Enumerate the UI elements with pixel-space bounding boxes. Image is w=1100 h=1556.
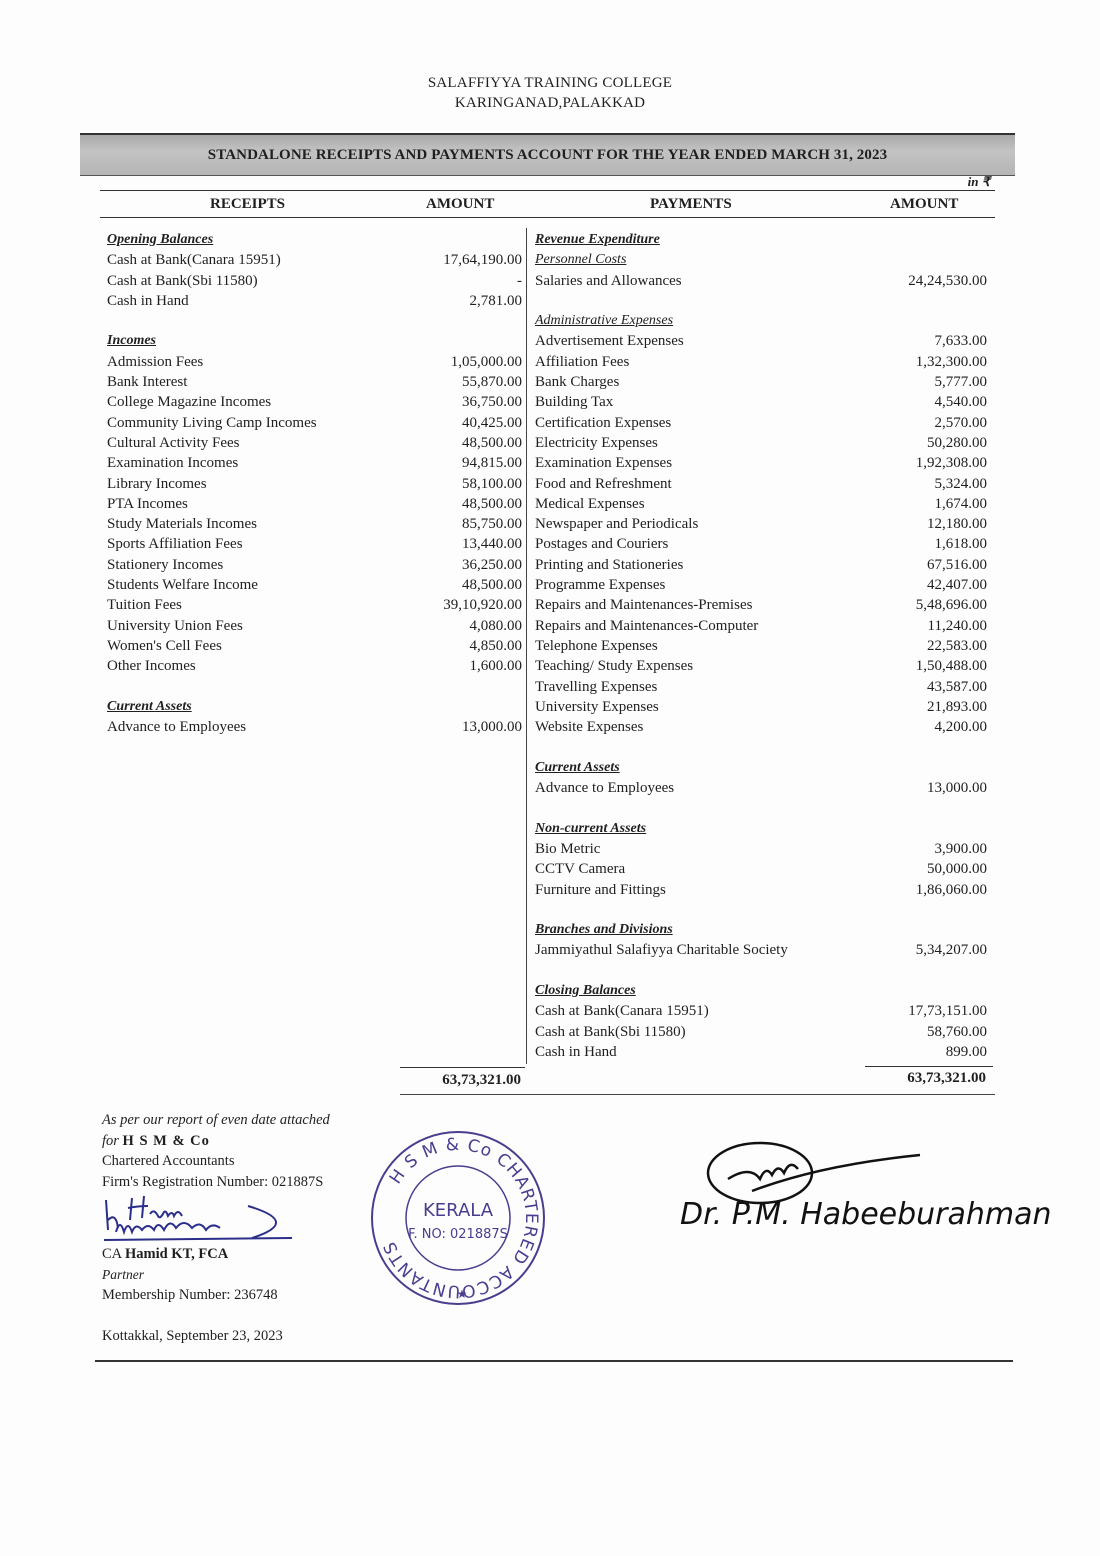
firm-name: H S M & Co (123, 1133, 210, 1149)
line-item: Website Expenses4,200.00 (535, 717, 987, 737)
item-label: Admission Fees (107, 352, 203, 372)
item-amount: 55,870.00 (462, 372, 522, 392)
item-amount: 17,64,190.00 (443, 250, 522, 270)
firm-registration: Firm's Registration Number: 021887S (102, 1172, 402, 1193)
line-item: Electricity Expenses50,280.00 (535, 433, 987, 453)
item-label: Cash in Hand (535, 1042, 617, 1062)
item-label: Furniture and Fittings (535, 880, 666, 900)
line-item: Advance to Employees13,000.00 (535, 778, 987, 798)
line-item: Salaries and Allowances24,24,530.00 (535, 271, 987, 291)
item-amount: 1,05,000.00 (451, 352, 522, 372)
line-item: Other Incomes1,600.00 (107, 656, 522, 676)
item-label: Cash at Bank(Sbi 11580) (107, 271, 258, 291)
blank-row (107, 311, 522, 331)
item-amount: 4,080.00 (470, 616, 523, 636)
item-label: Travelling Expenses (535, 677, 657, 697)
item-label: Food and Refreshment (535, 474, 672, 494)
item-amount: 899.00 (946, 1042, 987, 1062)
line-item: Furniture and Fittings1,86,060.00 (535, 880, 987, 900)
item-label: Salaries and Allowances (535, 271, 682, 291)
section-heading: Incomes (107, 331, 522, 351)
item-amount: 2,781.00 (470, 291, 523, 311)
item-label: Study Materials Incomes (107, 514, 257, 534)
item-amount: 36,250.00 (462, 555, 522, 575)
item-amount: 1,86,060.00 (916, 880, 987, 900)
heading-label: Incomes (107, 331, 156, 351)
line-item: Telephone Expenses22,583.00 (535, 636, 987, 656)
item-label: Certification Expenses (535, 413, 671, 433)
heading-label: Closing Balances (535, 981, 636, 1001)
stamp-star-icon: ★ (457, 1287, 468, 1301)
item-amount: 48,500.00 (462, 494, 522, 514)
payments-amount-header: AMOUNT (890, 196, 958, 213)
totals-bottom-rule (400, 1094, 995, 1095)
principal-signature: Dr. P.M. Habeeburahman (680, 1135, 1100, 1255)
receipts-column-header: RECEIPTS (210, 196, 285, 213)
firm-line: for H S M & Co (102, 1131, 402, 1152)
line-item: University Union Fees4,080.00 (107, 616, 522, 636)
item-amount: 5,324.00 (935, 474, 988, 494)
line-item: Students Welfare Income48,500.00 (107, 575, 522, 595)
item-amount: 1,618.00 (935, 534, 988, 554)
item-amount: 11,240.00 (928, 616, 987, 636)
section-heading: Branches and Divisions (535, 920, 987, 940)
item-label: Cash at Bank(Canara 15951) (107, 250, 281, 270)
item-amount: 3,900.00 (935, 839, 988, 859)
footer-bottom-rule (95, 1360, 1013, 1362)
item-amount: 1,92,308.00 (916, 453, 987, 473)
line-item: Library Incomes58,100.00 (107, 474, 522, 494)
line-item: PTA Incomes48,500.00 (107, 494, 522, 514)
line-item: Travelling Expenses43,587.00 (535, 677, 987, 697)
header-top-rule (100, 190, 995, 191)
item-amount: 22,583.00 (927, 636, 987, 656)
item-amount: 50,000.00 (927, 859, 987, 879)
auditor-block: As per our report of even date attached … (102, 1110, 402, 1346)
line-item: Community Living Camp Incomes40,425.00 (107, 413, 522, 433)
item-label: Bio Metric (535, 839, 600, 859)
firm-stamp: H S M & Co CHARTERED ACCOUNTANTS KERALA … (368, 1128, 548, 1308)
item-amount: 94,815.00 (462, 453, 522, 473)
section-heading: Revenue Expenditure (535, 230, 987, 250)
item-label: Cultural Activity Fees (107, 433, 240, 453)
section-heading: Opening Balances (107, 230, 522, 250)
blank-row (107, 677, 522, 697)
partner-role: Partner (102, 1265, 402, 1286)
item-label: Bank Interest (107, 372, 187, 392)
item-label: Repairs and Maintenances-Premises (535, 595, 752, 615)
payments-total-rule (865, 1066, 993, 1067)
item-amount: 2,570.00 (935, 413, 988, 433)
line-item: Newspaper and Periodicals12,180.00 (535, 514, 987, 534)
line-item: University Expenses21,893.00 (535, 697, 987, 717)
item-amount: 1,50,488.00 (916, 656, 987, 676)
item-amount: 58,100.00 (462, 474, 522, 494)
item-label: Library Incomes (107, 474, 207, 494)
line-item: Cash at Bank(Sbi 11580)58,760.00 (535, 1022, 987, 1042)
item-label: Cash at Bank(Canara 15951) (535, 1001, 709, 1021)
line-item: Advance to Employees13,000.00 (107, 717, 522, 737)
line-item: Postages and Couriers1,618.00 (535, 534, 987, 554)
item-amount: 85,750.00 (462, 514, 522, 534)
item-label: Bank Charges (535, 372, 619, 392)
item-amount: 1,674.00 (935, 494, 988, 514)
item-label: Advance to Employees (535, 778, 674, 798)
item-label: PTA Incomes (107, 494, 188, 514)
item-label: Students Welfare Income (107, 575, 258, 595)
line-item: Cash at Bank(Sbi 11580)- (107, 271, 522, 291)
item-amount: 39,10,920.00 (443, 595, 522, 615)
line-item: Tuition Fees39,10,920.00 (107, 595, 522, 615)
item-label: Printing and Stationeries (535, 555, 683, 575)
column-separator (526, 228, 527, 1064)
line-item: Building Tax4,540.00 (535, 392, 987, 412)
statement-title-banner: STANDALONE RECEIPTS AND PAYMENTS ACCOUNT… (80, 133, 1015, 176)
partner-name: Hamid KT, FCA (125, 1246, 228, 1262)
blank-row (535, 291, 987, 311)
item-amount: 1,600.00 (470, 656, 523, 676)
blank-row (535, 961, 987, 981)
item-amount: 48,500.00 (462, 575, 522, 595)
org-name: SALAFFIYYA TRAINING COLLEGE (0, 73, 1100, 93)
line-item: Study Materials Incomes85,750.00 (107, 514, 522, 534)
line-item: Examination Expenses1,92,308.00 (535, 453, 987, 473)
heading-label: Opening Balances (107, 230, 213, 250)
blank-row (535, 798, 987, 818)
item-label: Examination Expenses (535, 453, 672, 473)
item-amount: 42,407.00 (927, 575, 987, 595)
line-item: CCTV Camera50,000.00 (535, 859, 987, 879)
item-label: Repairs and Maintenances-Computer (535, 616, 758, 636)
line-item: Medical Expenses1,674.00 (535, 494, 987, 514)
item-amount: 4,850.00 (470, 636, 523, 656)
item-label: Newspaper and Periodicals (535, 514, 698, 534)
item-amount: 5,777.00 (935, 372, 988, 392)
item-label: Programme Expenses (535, 575, 665, 595)
item-label: Postages and Couriers (535, 534, 668, 554)
item-label: University Union Fees (107, 616, 243, 636)
line-item: Repairs and Maintenances-Computer11,240.… (535, 616, 987, 636)
item-amount: 17,73,151.00 (908, 1001, 987, 1021)
line-item: Cultural Activity Fees48,500.00 (107, 433, 522, 453)
item-amount: 24,24,530.00 (908, 271, 987, 291)
line-item: Jammiyathul Salafiyya Charitable Society… (535, 940, 987, 960)
stamp-center-line1: KERALA (423, 1200, 494, 1221)
item-label: Medical Expenses (535, 494, 645, 514)
line-item: Cash at Bank(Canara 15951)17,73,151.00 (535, 1001, 987, 1021)
line-item: Printing and Stationeries67,516.00 (535, 555, 987, 575)
item-label: Examination Incomes (107, 453, 238, 473)
item-label: Telephone Expenses (535, 636, 658, 656)
item-label: Affiliation Fees (535, 352, 629, 372)
item-amount: 40,425.00 (462, 413, 522, 433)
section-heading: Current Assets (535, 758, 987, 778)
item-amount: 21,893.00 (927, 697, 987, 717)
line-item: Food and Refreshment5,324.00 (535, 474, 987, 494)
place-date: Kottakkal, September 23, 2023 (102, 1326, 402, 1347)
line-item: Cash in Hand899.00 (535, 1042, 987, 1062)
membership-number: Membership Number: 236748 (102, 1285, 402, 1306)
line-item: College Magazine Incomes36,750.00 (107, 392, 522, 412)
heading-label: Branches and Divisions (535, 920, 673, 940)
item-amount: 58,760.00 (927, 1022, 987, 1042)
receipts-total-rule (400, 1067, 525, 1068)
line-item: Bio Metric3,900.00 (535, 839, 987, 859)
item-amount: 48,500.00 (462, 433, 522, 453)
item-label: Website Expenses (535, 717, 643, 737)
line-item: Advertisement Expenses7,633.00 (535, 331, 987, 351)
principal-name-script: Dr. P.M. Habeeburahman (680, 1197, 1052, 1232)
line-item: Teaching/ Study Expenses1,50,488.00 (535, 656, 987, 676)
item-amount: 4,200.00 (935, 717, 988, 737)
item-amount: 12,180.00 (927, 514, 987, 534)
line-item: Programme Expenses42,407.00 (535, 575, 987, 595)
blank-row (535, 737, 987, 757)
item-amount: 4,540.00 (935, 392, 988, 412)
item-label: Stationery Incomes (107, 555, 223, 575)
currency-note: in ₹ (968, 174, 990, 190)
item-label: University Expenses (535, 697, 659, 717)
auditor-signature (102, 1192, 402, 1240)
line-item: Cash in Hand2,781.00 (107, 291, 522, 311)
heading-label: Administrative Expenses (535, 311, 673, 331)
line-item: Bank Interest55,870.00 (107, 372, 522, 392)
item-amount: 1,32,300.00 (916, 352, 987, 372)
partner-line: CA Hamid KT, FCA (102, 1244, 402, 1265)
item-amount: 36,750.00 (462, 392, 522, 412)
item-amount: 13,000.00 (927, 778, 987, 798)
heading-label: Current Assets (535, 758, 620, 778)
stamp-center-line2: F. NO: 021887S (408, 1227, 508, 1242)
item-label: Community Living Camp Incomes (107, 413, 317, 433)
section-heading: Current Assets (107, 697, 522, 717)
line-item: Repairs and Maintenances-Premises5,48,69… (535, 595, 987, 615)
item-label: Cash at Bank(Sbi 11580) (535, 1022, 686, 1042)
payments-column-header: PAYMENTS (650, 196, 732, 213)
report-note: As per our report of even date attached (102, 1110, 402, 1131)
line-item: Sports Affiliation Fees13,440.00 (107, 534, 522, 554)
item-amount: 67,516.00 (927, 555, 987, 575)
line-item: Affiliation Fees1,32,300.00 (535, 352, 987, 372)
item-label: CCTV Camera (535, 859, 625, 879)
subsection-heading: Administrative Expenses (535, 311, 987, 331)
for-prefix: for (102, 1133, 119, 1149)
partner-prefix: CA (102, 1246, 121, 1262)
item-label: Electricity Expenses (535, 433, 658, 453)
line-item: Admission Fees1,05,000.00 (107, 352, 522, 372)
heading-label: Current Assets (107, 697, 192, 717)
item-amount: 13,000.00 (462, 717, 522, 737)
item-label: Sports Affiliation Fees (107, 534, 243, 554)
firm-type: Chartered Accountants (102, 1151, 402, 1172)
item-label: Advance to Employees (107, 717, 246, 737)
receipts-amount-header: AMOUNT (426, 196, 494, 213)
item-amount: 43,587.00 (927, 677, 987, 697)
subsection-heading: Personnel Costs (535, 250, 987, 270)
item-amount: 5,48,696.00 (916, 595, 987, 615)
item-label: Teaching/ Study Expenses (535, 656, 693, 676)
item-label: Women's Cell Fees (107, 636, 222, 656)
item-amount: - (517, 271, 522, 291)
item-amount: 50,280.00 (927, 433, 987, 453)
line-item: Women's Cell Fees4,850.00 (107, 636, 522, 656)
item-label: Advertisement Expenses (535, 331, 684, 351)
payments-total: 63,73,321.00 (860, 1070, 986, 1087)
heading-label: Personnel Costs (535, 250, 626, 270)
blank-row (535, 900, 987, 920)
item-label: Tuition Fees (107, 595, 182, 615)
item-label: Jammiyathul Salafiyya Charitable Society (535, 940, 788, 960)
line-item: Examination Incomes94,815.00 (107, 453, 522, 473)
section-heading: Non-current Assets (535, 819, 987, 839)
item-amount: 7,633.00 (935, 331, 988, 351)
line-item: Cash at Bank(Canara 15951)17,64,190.00 (107, 250, 522, 270)
header-bottom-rule (100, 217, 995, 218)
receipts-list: Opening BalancesCash at Bank(Canara 1595… (107, 230, 522, 737)
item-label: Other Incomes (107, 656, 196, 676)
heading-label: Revenue Expenditure (535, 230, 660, 250)
heading-label: Non-current Assets (535, 819, 646, 839)
item-label: College Magazine Incomes (107, 392, 271, 412)
item-label: Cash in Hand (107, 291, 189, 311)
payments-list: Revenue ExpenditurePersonnel CostsSalari… (535, 230, 987, 1062)
item-amount: 13,440.00 (462, 534, 522, 554)
section-heading: Closing Balances (535, 981, 987, 1001)
line-item: Bank Charges5,777.00 (535, 372, 987, 392)
line-item: Certification Expenses2,570.00 (535, 413, 987, 433)
item-amount: 5,34,207.00 (916, 940, 987, 960)
receipts-total: 63,73,321.00 (400, 1072, 521, 1089)
item-label: Building Tax (535, 392, 613, 412)
org-location: KARINGANAD,PALAKKAD (0, 93, 1100, 113)
line-item: Stationery Incomes36,250.00 (107, 555, 522, 575)
